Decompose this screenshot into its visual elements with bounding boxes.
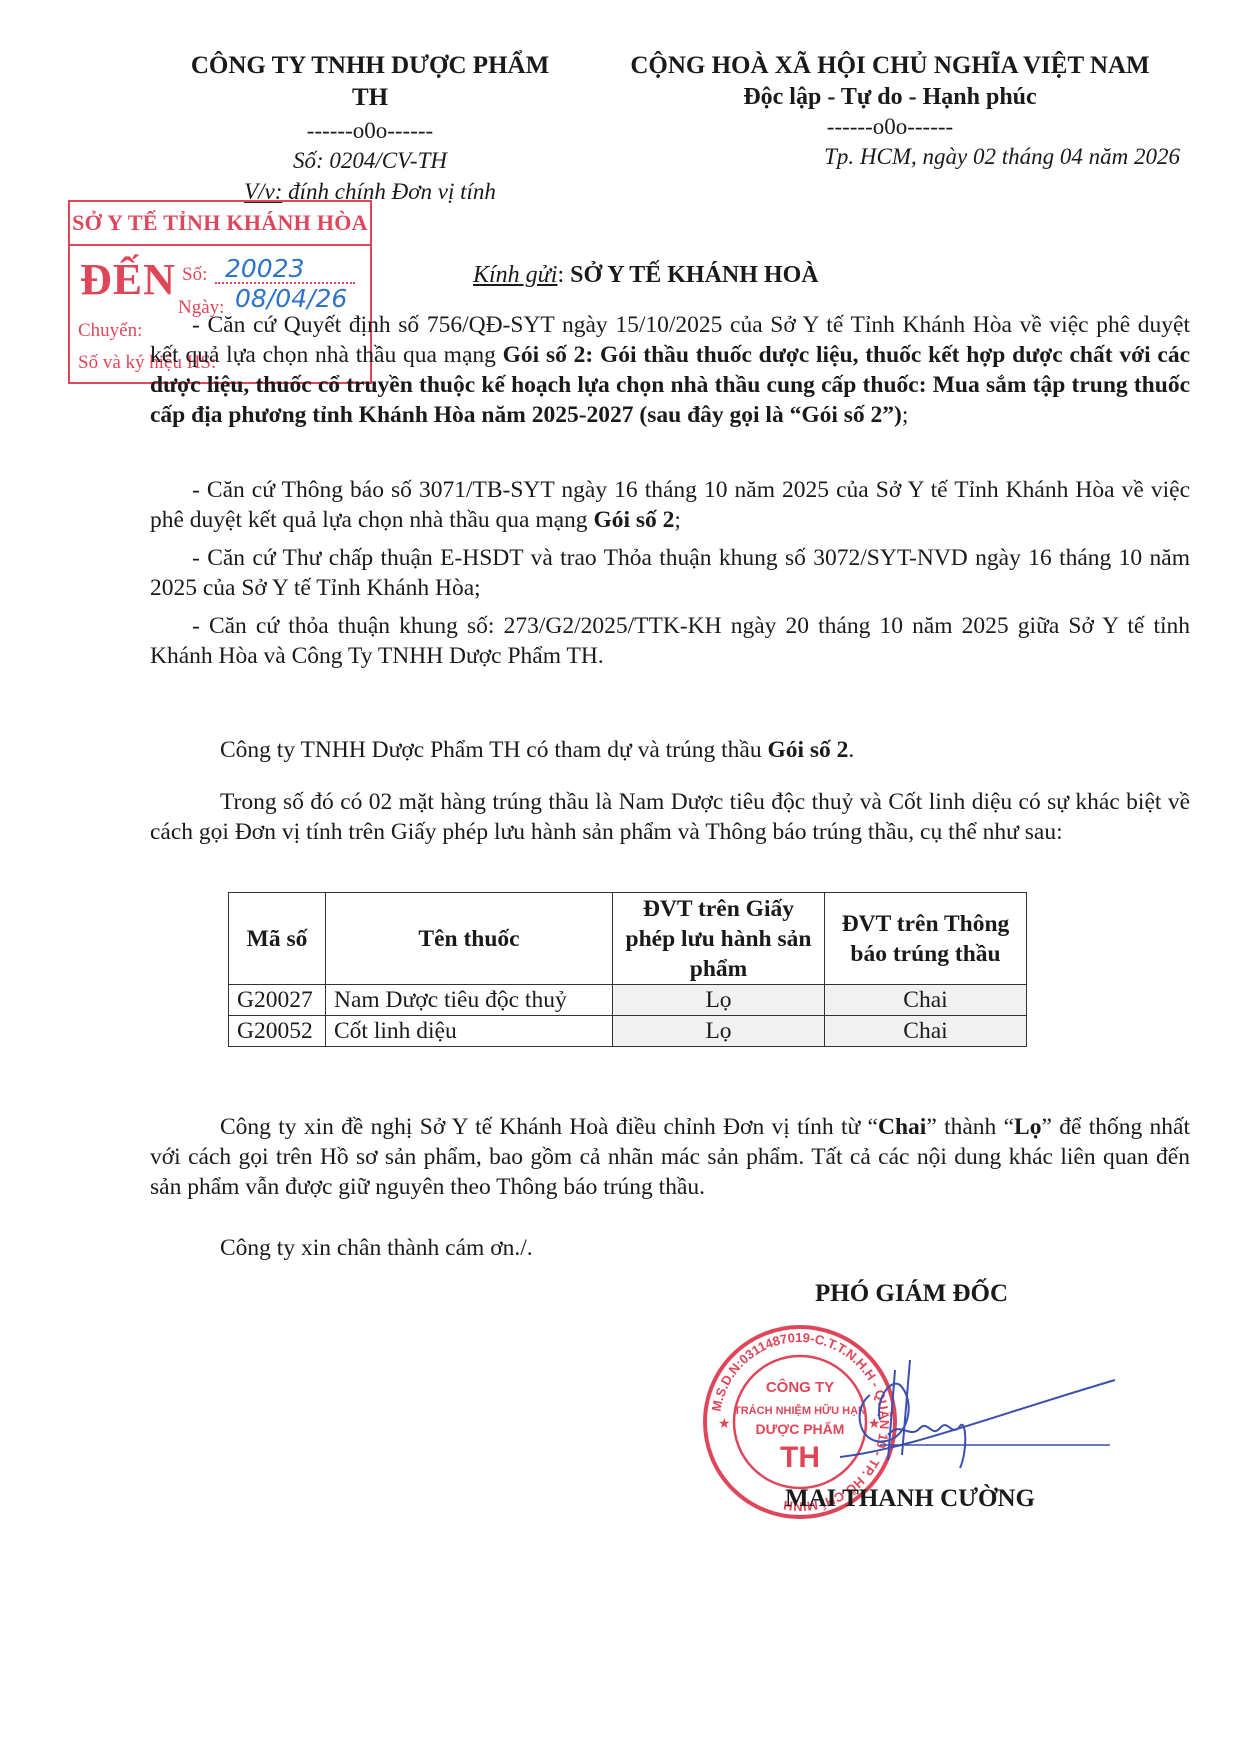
basis-4: - Căn cứ thỏa thuận khung số: 273/G2/202…: [150, 611, 1190, 671]
cell-unit-license: Lọ: [613, 1016, 825, 1047]
table-row: G20027 Nam Dược tiêu độc thuỷ Lọ Chai: [229, 985, 1027, 1016]
cell-code: G20027: [229, 985, 326, 1016]
national-separator: ------o0o------: [590, 112, 1190, 142]
recipient-name: SỞ Y TẾ KHÁNH HOÀ: [570, 262, 818, 288]
col-header-unit-award: ĐVT trên Thông báo trúng thầu: [825, 893, 1027, 985]
col-header-drug-name: Tên thuốc: [326, 893, 613, 985]
cell-drug-name: Nam Dược tiêu độc thuỷ: [326, 985, 613, 1016]
basis-3: - Căn cứ Thư chấp thuận E-HSDT và trao T…: [150, 543, 1190, 603]
basis-1: - Căn cứ Quyết định số 756/QĐ-SYT ngày 1…: [150, 310, 1190, 430]
issuer-separator: ------o0o------: [150, 116, 590, 146]
svg-text:TH: TH: [780, 1441, 820, 1474]
recipient-line: Kính gửi: SỞ Y TẾ KHÁNH HOÀ: [473, 262, 819, 289]
participation-paragraph: Công ty TNHH Dược Phẩm TH có tham dự và …: [150, 735, 1190, 765]
place-date: Tp. HCM, ngày 02 tháng 04 năm 2026: [590, 142, 1190, 172]
issuer-name: CÔNG TY TNHH DƯỢC PHẨM TH: [150, 50, 590, 114]
stamp-so-label: Số:: [182, 264, 207, 286]
stamp-ngay-value: 08/04/26: [235, 284, 347, 313]
national-motto: Độc lập - Tự do - Hạnh phúc: [590, 82, 1190, 112]
signer-role: PHÓ GIÁM ĐỐC: [815, 1280, 1008, 1308]
stamp-agency: SỞ Y TẾ TỈNH KHÁNH HÒA: [70, 202, 370, 246]
cell-unit-award: Chai: [825, 985, 1027, 1016]
items-paragraph: Trong số đó có 02 mặt hàng trúng thầu là…: [150, 787, 1190, 847]
cell-code: G20052: [229, 1016, 326, 1047]
stamp-so-value: 20023: [225, 254, 305, 283]
handwritten-signature-icon: [840, 1340, 1120, 1480]
issuer-block: CÔNG TY TNHH DƯỢC PHẨM TH ------o0o-----…: [150, 50, 590, 208]
col-header-unit-license: ĐVT trên Giấy phép lưu hành sản phẩm: [613, 893, 825, 985]
stamp-den-label: ĐẾN: [80, 254, 176, 305]
cell-unit-license: Lọ: [613, 985, 825, 1016]
nation-title: CỘNG HOÀ XÃ HỘI CHỦ NGHĨA VIỆT NAM: [590, 50, 1190, 82]
svg-text:CÔNG TY: CÔNG TY: [766, 1378, 834, 1396]
unit-discrepancy-table: Mã số Tên thuốc ĐVT trên Giấy phép lưu h…: [228, 892, 1027, 1047]
signer-name: MAI THANH CƯỜNG: [785, 1485, 1035, 1513]
national-header: CỘNG HOÀ XÃ HỘI CHỦ NGHĨA VIỆT NAM Độc l…: [590, 50, 1190, 172]
cell-drug-name: Cốt linh diệu: [326, 1016, 613, 1047]
svg-text:DƯỢC PHẨM: DƯỢC PHẨM: [756, 1420, 845, 1437]
svg-text:★: ★: [718, 1417, 731, 1432]
document-number: Số: 0204/CV-TH: [150, 146, 590, 176]
basis-2: - Căn cứ Thông báo số 3071/TB-SYT ngày 1…: [150, 475, 1190, 535]
table-row: G20052 Cốt linh diệu Lọ Chai: [229, 1016, 1027, 1047]
cell-unit-award: Chai: [825, 1016, 1027, 1047]
col-header-code: Mã số: [229, 893, 326, 985]
stamp-chuyen-label: Chuyển:: [78, 320, 142, 342]
closing-paragraph: Công ty xin chân thành cám ơn./.: [150, 1233, 1190, 1263]
request-paragraph: Công ty xin đề nghị Sở Y tế Khánh Hoà đi…: [150, 1112, 1190, 1202]
